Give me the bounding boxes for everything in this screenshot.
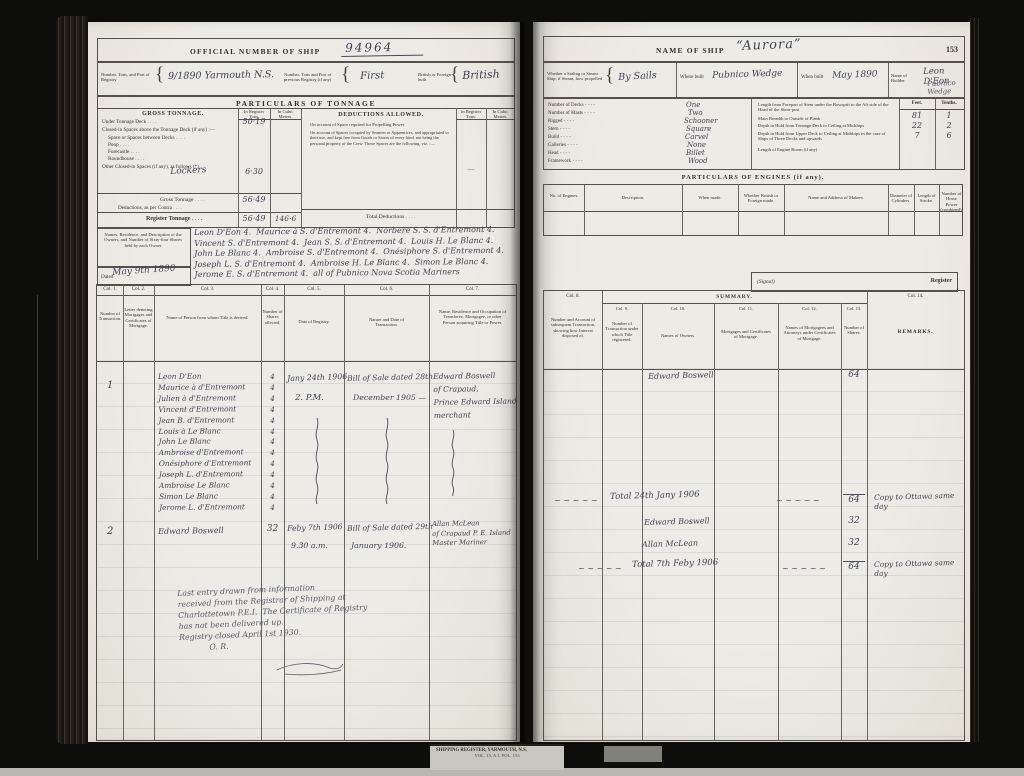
archive-sticker: SHIPPING REGISTER, YARMOUTH, N.S. VOL. 1… [430,744,564,770]
entry2-shares: 32 [261,524,284,534]
rule-line [98,108,514,109]
char-label: Build [548,135,571,140]
col-desc: Name of Person from whom Title is derive… [164,315,251,320]
dim-feet-value: 81 [899,111,935,120]
engines-col-header: Whether British or Foreign made. [739,193,783,204]
summary-remark: Copy to Ottawa same day [874,491,964,511]
engines-col-header: Length of Stroke. [915,193,938,204]
ship-name-label: NAME OF SHIP [656,46,725,55]
gross-tonnage-value: 56·49 [238,195,270,204]
ship-name-value: “Aurora” [736,37,802,54]
rule-line [154,285,155,361]
entry1-nature-line2: December 1905 — [353,393,426,402]
char-label: Stern [548,127,570,132]
char-value: Two [688,109,703,117]
rule-line [778,368,779,740]
summary-shares: 64 [841,370,867,380]
where-built-label: Where built [680,75,704,80]
col-number: Col. 2. [123,287,154,292]
tonnage-title: PARTICULARS OF TONNAGE [98,99,514,108]
rule-line [98,212,301,213]
engines-col-header: When made. [683,195,737,200]
engines-col-header: Name and Address of Makers. [785,195,887,200]
col-number: Col. 1. [97,287,123,292]
engines-title: PARTICULARS OF ENGINES (if any). [543,174,963,181]
dim-label: Length from Forepart of Stem under the B… [758,102,896,113]
rule-line [642,368,643,740]
col-desc: Names of Mortgagees and Attorneys under … [782,325,837,341]
register-label: Register [931,278,952,284]
rule-line [154,360,155,740]
registry-row: Number, Tons, and Port of Registry { 9/1… [97,62,515,96]
summary-remark: Copy to Ottawa same day [874,558,964,578]
tonnage-row-label: Poop [108,142,129,148]
british-or-foreign-label: British or Foreign built [418,72,452,83]
char-value: Wood [688,157,708,165]
rule-line [714,303,715,369]
official-number-box: OFFICIAL NUMBER OF SHIP 94964 [97,38,515,62]
register-tonnage-metres: 146·6 [270,214,301,223]
summary-owner: Edward Boswell [644,516,710,527]
col-desc: Number of Shares. [842,325,866,336]
tonnage-row-label: Under Tonnage Deck [102,119,157,125]
gross-tonnage-label: Gross Tonnage [160,197,205,203]
official-number-label: OFFICIAL NUMBER OF SHIP [190,47,320,56]
col-desc: Number and Account of subsequent Transac… [548,317,598,339]
engines-col-header: Description. [585,195,681,200]
col-number: Col. 11. [714,306,778,311]
rule-line [284,285,285,361]
char-label: Number of Decks [548,103,595,108]
char-label: Number of Masts [548,111,595,116]
previous-registry-value: First [360,70,384,82]
entry1-registry-date: Jany 24th 1906 [287,372,347,383]
char-value: One [686,101,700,109]
tonnage-row-label: Forecastle [108,149,140,155]
rule-line [714,368,715,740]
entry1-sellers: Leon D'Eon Maurice à d'Entremont Julien … [158,371,252,514]
rule-line [642,303,643,369]
rule-line [888,63,889,97]
entry1-registry-time: 2. P.M. [295,393,324,403]
sail-or-steam-value: By Sails [618,70,657,83]
rule-line [270,108,271,227]
entry2-number: 2 [107,526,113,537]
leader-squiggle: ~ ~ ~ ~ ~ [782,564,826,573]
dim-label: Main Breadth to Outside of Plank [758,116,896,121]
char-label: Galleries [548,143,578,148]
transactions-header: Col. 1. Col. 2. Col. 3. Col. 4. Col. 5. … [96,284,517,362]
col-desc: Letter denoting Mortgages and Certificat… [124,307,153,329]
dim-tenths-value: 1 [935,111,963,120]
rule-line [544,211,962,212]
rule-line [344,285,345,361]
when-built-value: May 1890 [832,69,878,81]
dim-feet-value: 22 [899,121,935,130]
feet-col-header: Feet. [899,101,935,106]
hull-particulars-box: Number of Decks Number of Masts Rigged S… [543,98,965,170]
entry2-registry-date: Feby 7th 1906 [287,522,343,533]
char-label: Head [548,151,570,156]
owners-handwritten-lines: Leon D'Eon 4. Maurice à S. d'Entremont 4… [194,225,511,281]
col-number: Col. 10. [642,306,714,311]
signal-register-box: (Signal) Register [751,272,958,292]
entry1-number: 1 [107,380,113,391]
deductions-line2: On account of Spaces occupied by Seamen … [310,130,452,146]
where-built-value: Pubnico Wedge [712,69,783,81]
rule-line [899,109,964,110]
port-of-registry-value: 9/1890 Yarmouth N.S. [168,69,274,82]
rule-line [841,303,842,369]
tonnage-box: PARTICULARS OF TONNAGE In Register Tons.… [97,96,515,228]
engines-table: No. of Engines. Description. Whether Bri… [543,184,963,236]
rule-line [98,193,301,194]
owners-label-cell: Names, Residence, and Description of the… [97,228,191,268]
gross-tonnage-title: GROSS TONNAGE. [118,111,228,117]
register-tons-col-header: In Register Tons. [457,109,485,120]
char-value: Billet [686,149,705,157]
previous-registry-label: Number, Tons and Port of previous Regist… [284,72,340,83]
book-page-stack-left [56,16,88,744]
rule-line [682,185,683,235]
other-spaces-name: Lockers [170,165,207,177]
brace: { [155,64,164,86]
rule-line [751,99,752,169]
engines-col-header: Number of Horse Power (combined). [940,191,963,213]
summary-total-line: Total 24th Jany 1906 [610,490,700,502]
summary-header: Col. 8. SUMMARY. Col. 14. Number and Acc… [543,290,965,370]
deductions-contra-label: Deductions, as per Contra [118,205,182,211]
char-value: Square [686,125,711,133]
ship-name-box: NAME OF SHIP “Aurora” 153 [543,36,965,62]
brace: { [341,64,350,86]
col-number: Col. 13. [841,306,867,311]
signal-label: (Signal) [757,279,775,285]
leader-squiggle: ~ ~ ~ ~ ~ [554,496,598,505]
engines-col-header: Diameter of Cylinders. [889,193,913,204]
leader-squiggle: ~ ~ ~ ~ ~ [776,496,820,505]
tonnage-row-label: Roundhouse [108,156,144,162]
dim-feet-value: 7 [899,131,935,140]
right-page: NAME OF SHIP “Aurora” 153 Whether a Sail… [533,22,970,742]
rule-line [584,185,585,235]
ditto-squiggle [313,418,321,504]
rule-line [284,360,285,740]
col-number: Col. 12. [778,306,841,311]
folio-number: 153 [946,45,958,54]
char-value: None [687,141,706,149]
col-number: Col. 7. [429,287,516,292]
entry2-registry-time: 9.30 a.m. [291,541,328,550]
entry2-seller: Edward Boswell [158,526,224,536]
signature-flourish [275,660,345,676]
summary-owner: Edward Boswell [648,370,714,381]
tonnage-row-label: Closed-in Spaces above the Tonnage Deck … [102,127,215,133]
engines-col-header: No. of Engines. [545,193,583,198]
transactions-body: 1 Leon D'Eon Maurice à d'Entremont Julie… [96,360,517,741]
official-number-value: 94964 [341,40,423,57]
char-label: Rigged [548,119,574,124]
total-deductions-label: Total Deductions [366,214,415,220]
col-desc: Name, Residence and Occupation of Transf… [437,309,508,325]
under-deck-value: 50·19 [238,117,270,126]
faded-sticker [604,746,662,762]
summary-total-shares: 64 [843,494,865,505]
rule-line [778,303,779,369]
british-or-foreign-value: British [462,68,500,82]
rule-line [301,209,514,210]
rule-line [867,368,868,740]
col-desc: Date of Registry. [289,319,339,324]
ditto-squiggle [449,430,457,496]
col-desc: Number of Shares affected. [262,309,283,325]
deductions-line1: On account of Space required for Propell… [310,122,450,127]
engines-section: PARTICULARS OF ENGINES (if any). No. of … [543,174,963,236]
when-built-label: When built [801,75,823,80]
tenths-col-header: Tenths. [935,101,963,106]
entry1-buyer: Edward Boswell of Crapaud, Prince Edward… [433,369,517,422]
scan-artifact-line [37,295,38,560]
rule-line [123,360,124,740]
rule-line [841,368,842,740]
sticker-line2: VOL. 13, A 1, FOL. 153 [430,753,564,758]
summary-body: Edward Boswell 64 ~ ~ ~ ~ ~ Total 24th J… [543,368,965,741]
char-label: Framework [548,159,583,164]
summary-label: SUMMARY. [602,294,867,300]
dim-tenths-value: 2 [935,121,963,130]
dim-label: Depth in Hold from Tonnage Deck to Ceili… [758,123,896,128]
dim-label: Depth in Hold from Upper Deck to Ceiling… [758,131,896,142]
port-of-registry-label: Number, Tons, and Port of Registry [101,72,155,83]
col-number: Col. 8. [544,294,602,299]
summary-total-line: Total 7th Feby 1906 [632,558,718,570]
remarks-header: REMARKS. [867,329,964,335]
sail-or-steam-label: Whether a Sailing or Steam Ship; if Stea… [547,71,605,82]
brace: { [450,64,459,86]
register-tonnage-value: 56·49 [238,214,270,223]
ditto-squiggle [383,418,391,504]
builder-label: Name of Builder [891,73,921,84]
col-number: Col. 4. [261,287,284,292]
dim-tenths-value: 6 [935,131,963,140]
col-desc: Number of Transaction. [98,311,122,322]
rule-line [429,360,430,740]
col-number: Col. 6. [344,287,429,292]
col-desc: Names of Owners. [648,333,708,338]
entry1-shares: 4 4 4 4 4 4 4 4 4 4 4 4 4 [261,372,284,514]
rule-line [784,185,785,235]
rule-line [97,295,516,296]
closing-note: Last entry drawn from information receiv… [177,580,369,654]
owners-label: Names, Residence, and Description of the… [100,232,186,248]
rule-line [676,63,677,97]
book-gutter [510,22,540,742]
entry2-buyer: Allan McLean of Crapaud P. E. Island Mas… [432,519,511,549]
rule-line [429,285,430,361]
book-page-stack-right [970,18,979,742]
register-tonnage-label: Register Tonnage [146,216,202,222]
entry2-nature-line1: Bill of Sale dated 29th [347,522,433,533]
builder-value-line2: Pubnico Wedge [927,79,965,96]
ledger-scan-photo: OFFICIAL NUMBER OF SHIP 94964 Number, To… [0,0,1024,776]
col-desc: Mortgages and Certificates of Mortgage. [720,329,772,340]
char-value: Carvel [685,133,708,141]
summary-total-shares: 64 [843,561,865,572]
summary-owner: Allan McLean [642,539,698,549]
deductions-title: DEDUCTIONS ALLOWED. [314,112,448,118]
col-number: Col. 3. [154,287,261,292]
tonnage-row-label: Space or Spaces between Decks [108,135,185,141]
dim-label: Length of Engine Room (if any) [758,147,896,152]
rule-line [344,360,345,740]
rule-line [602,368,603,740]
summary-shares: 32 [841,538,867,548]
col-desc: Nature and Date of Transaction. [359,317,414,328]
col-number: Col. 14. [867,294,964,299]
brace: { [605,65,614,87]
cubic-metres-col-header: In Cubic Metres. [271,109,300,120]
col-number: Col. 5. [284,287,344,292]
entry2-nature-line2: January 1906. [351,541,406,550]
char-value: Schooner [684,117,718,125]
build-row: Whether a Sailing or Steam Ship; if Stea… [543,62,965,98]
left-page: OFFICIAL NUMBER OF SHIP 94964 Number, To… [88,22,520,742]
other-spaces-value: 6·30 [238,167,270,176]
rule-line [797,63,798,97]
leader-squiggle: ~ ~ ~ ~ ~ [578,564,622,573]
col-desc: Number of Transaction under which Title … [604,321,640,343]
col-number: Col. 9. [602,306,642,311]
entry1-nature-line1: Bill of Sale dated 28th [347,372,433,383]
summary-shares: 32 [841,516,867,526]
deductions-dash: — [456,165,486,173]
